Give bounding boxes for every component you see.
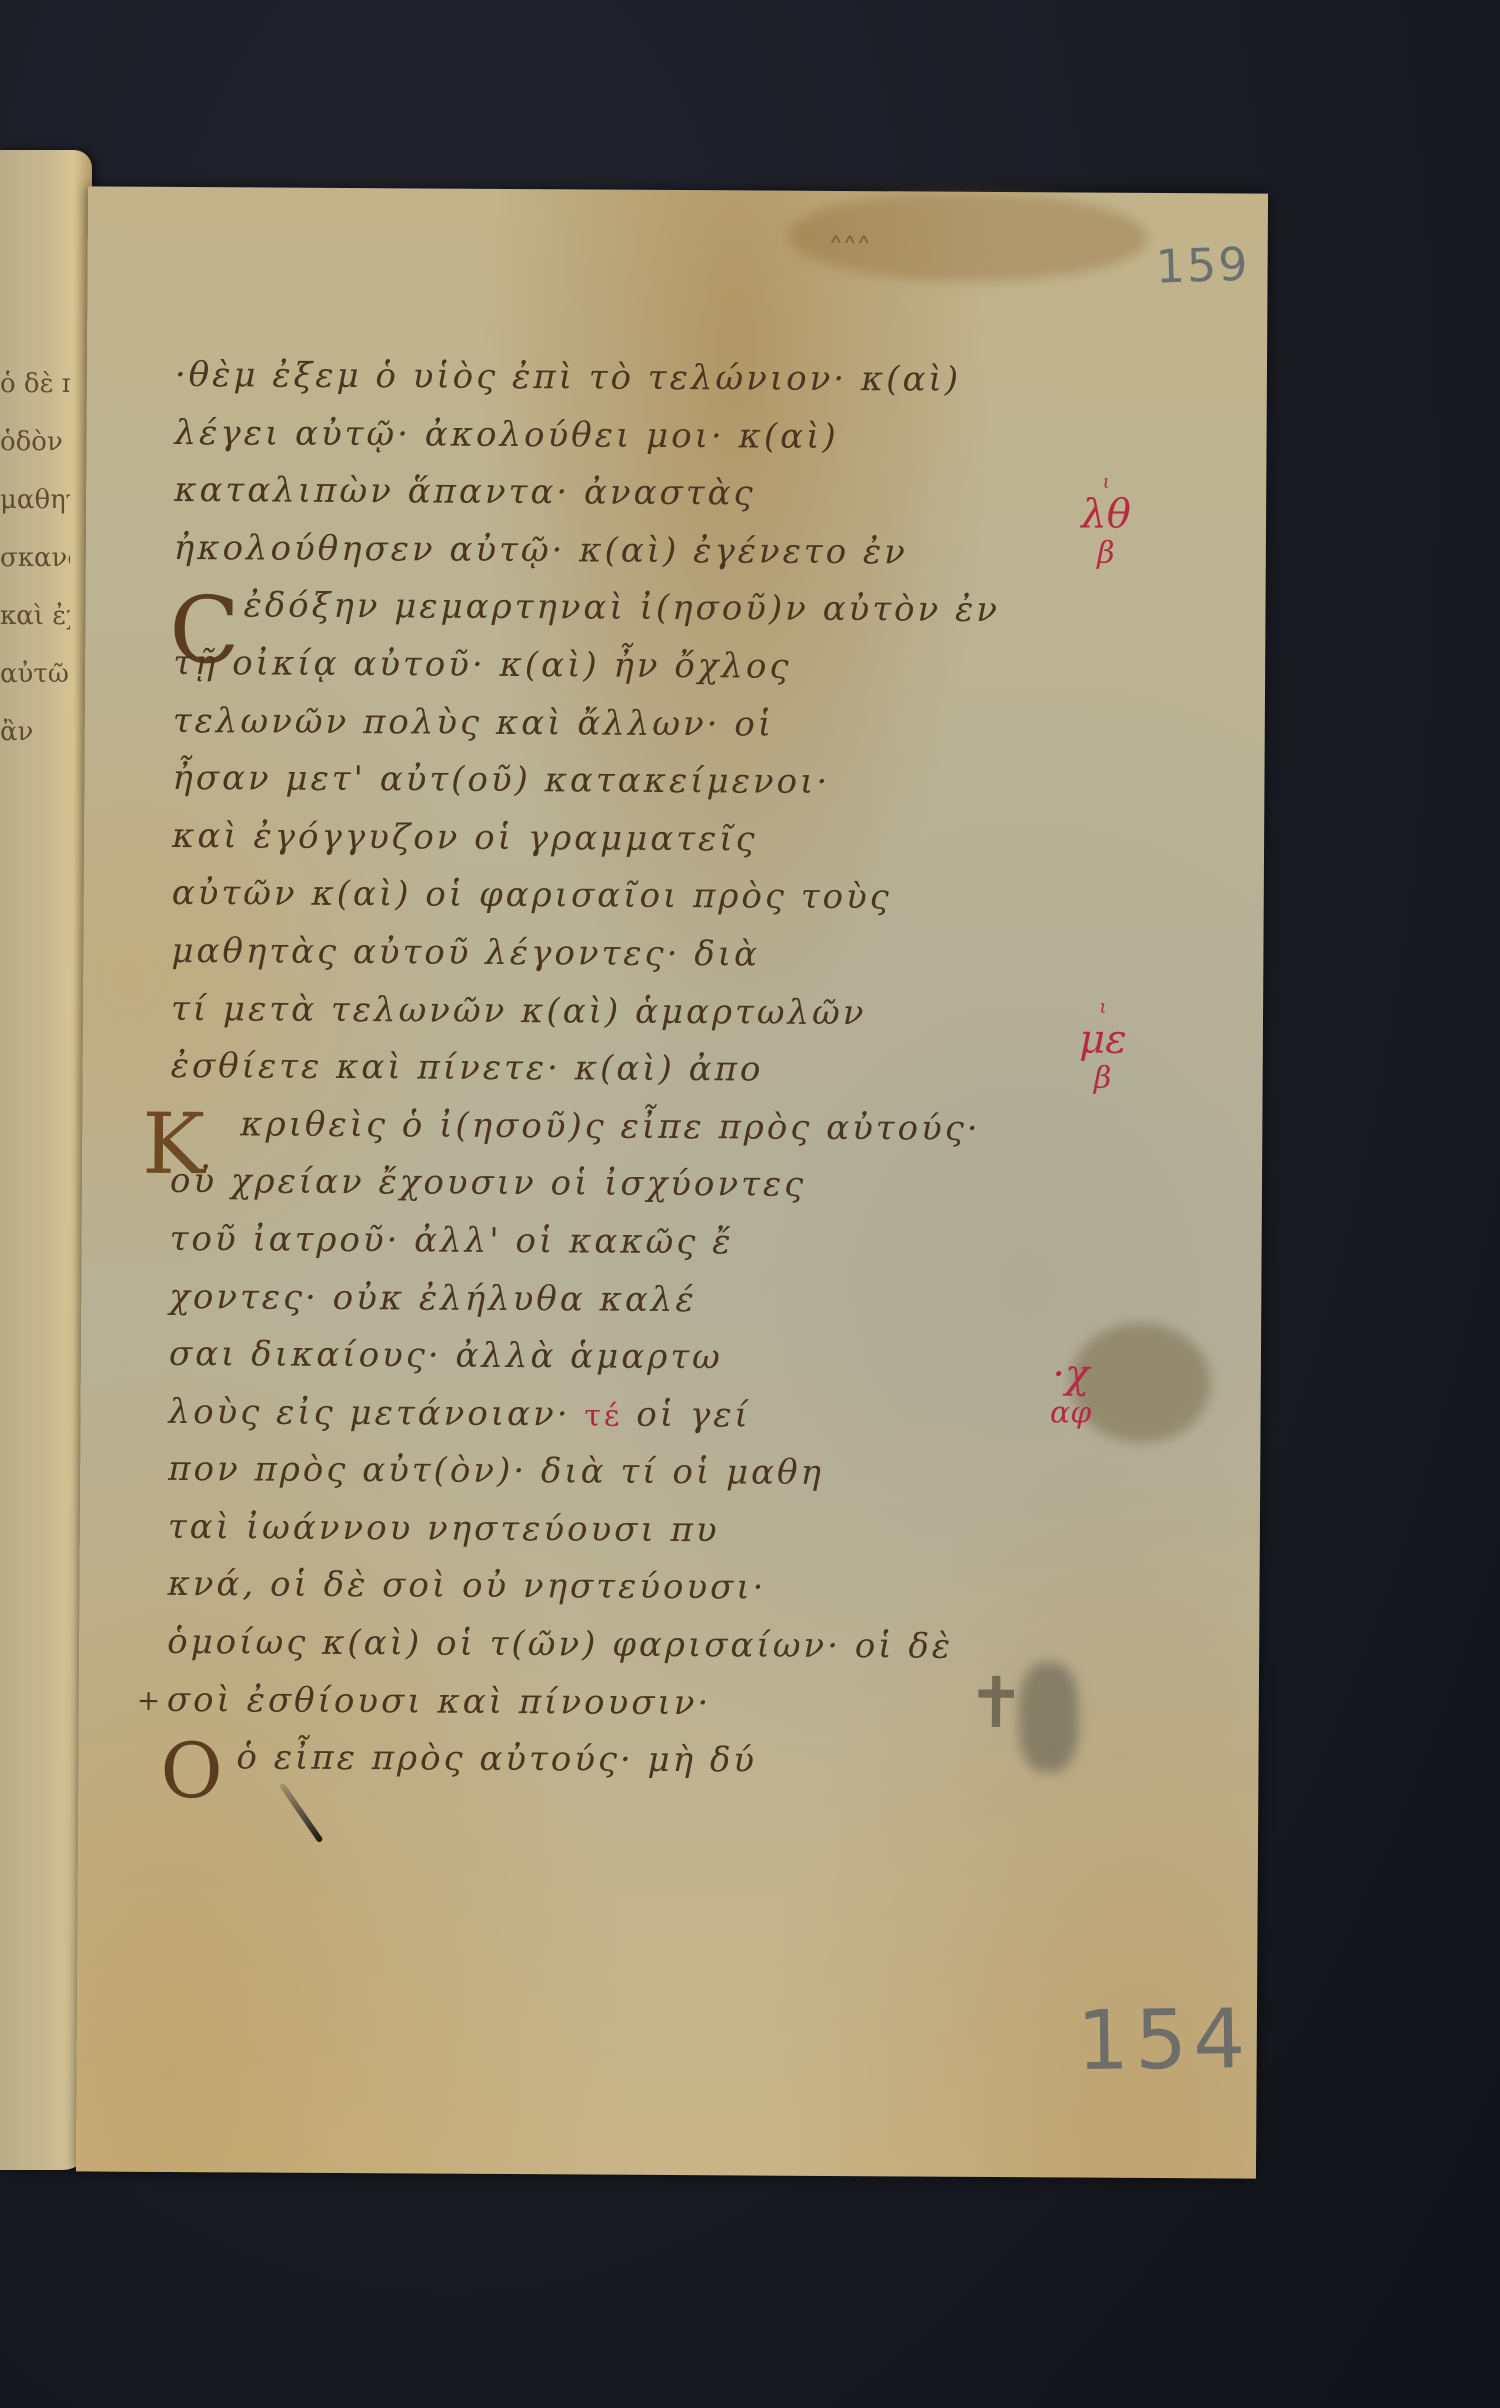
previous-page-line: ὁδὸν	[0, 413, 70, 471]
text-line: αὐτῶν κ(αὶ) οἱ φαρισαῖοι πρὸς τοὺς	[172, 865, 1072, 928]
text-line: ἦσαν μετ' αὐτ(οῦ) κατακείμενοι·	[172, 750, 1072, 813]
folio-number-top: 159	[1155, 237, 1250, 294]
marginal-rubric-note: ·χ αφ	[1025, 1352, 1115, 1431]
ink-pen-stroke	[279, 1782, 324, 1843]
text-line: C ἐδόξην μεμαρτηναὶ ἰ(ησοῦ)ν αὐτὸν ἐν	[173, 577, 1073, 640]
margin-cross-mark: +	[137, 1671, 164, 1729]
text-line: τί μετὰ τελωνῶν κ(αὶ) ἁμαρτωλῶν	[171, 980, 1071, 1043]
text-line: + σοὶ ἐσθίουσι καὶ πίνουσιν·	[167, 1672, 1067, 1735]
text-line: οὐ χρείαν ἔχουσιν οἱ ἰσχύοντες	[170, 1153, 1070, 1216]
text-line: σαι δικαίους· ἀλλὰ ἁμαρτω	[169, 1326, 1069, 1389]
previous-page-line: ὁ δὲ προ	[0, 355, 70, 413]
text-line: ·θὲμ ἐξεμ ὁ υἱὸς ἐπὶ τὸ τελώνιον· κ(αὶ)	[175, 347, 1075, 410]
text-line: ἐσθίετε καὶ πίνετε· κ(αὶ) ἀπο	[171, 1038, 1071, 1101]
text-line: O ὁ εἶπε πρὸς αὐτούς· μὴ δύ	[166, 1729, 1066, 1792]
faded-cross-icon: ✝	[967, 1662, 1026, 1744]
previous-page-line: σκανδ	[0, 529, 70, 587]
marginal-rubric-note: ι λθ β	[1061, 472, 1152, 571]
text-line: κνά, οἱ δὲ σοὶ οὐ νηστεύουσι·	[167, 1556, 1067, 1619]
text-line: K κριθεὶς ὁ ἰ(ησοῦ)ς εἶπε πρὸς αὐτούς·	[170, 1096, 1070, 1159]
previous-page-line: ἂν	[0, 703, 70, 761]
text-line: τελωνῶν πολὺς καὶ ἄλλων· οἱ	[173, 693, 1073, 756]
text-line: ἠκολούθησεν αὐτῷ· κ(αὶ) ἐγένετο ἐν	[174, 520, 1074, 583]
previous-page-line: αὐτῶν	[0, 645, 70, 703]
decorated-initial: O	[160, 1733, 226, 1809]
text-line: μαθητὰς αὐτοῦ λέγοντες· διὰ	[171, 923, 1071, 986]
text-line: λοὺς εἰς μετάνοιαν· τέ οἱ γεί	[168, 1384, 1068, 1447]
rubric-telos-mark: τέ	[584, 1398, 622, 1433]
text-line: καταλιπὼν ἅπαντα· ἀναστὰς	[174, 462, 1074, 525]
text-line: λέγει αὐτῷ· ἀκολούθει μοι· κ(αὶ)	[174, 405, 1074, 468]
text-line: τοῦ ἰατροῦ· ἀλλ' οἱ κακῶς ἔ	[169, 1211, 1069, 1274]
marginal-rubric-note: ι με β	[1058, 997, 1149, 1096]
manuscript-page: ˄˄˄ 159 154 ·θὲμ ἐξεμ ὁ υἱὸς ἐπὶ τὸ τελώ…	[76, 186, 1268, 2178]
text-line: ὁμοίως κ(αὶ) οἱ τ(ῶν) φαρισαίων· οἱ δὲ	[167, 1614, 1067, 1677]
text-column: ·θὲμ ἐξεμ ὁ υἱὸς ἐπὶ τὸ τελώνιον· κ(αὶ) …	[166, 347, 1075, 1792]
previous-page-text: ὁ δὲ προ ὁδὸν μαθηταὶ σκανδ καὶ ἐχλ αὐτῶ…	[0, 355, 70, 761]
text-line: χοντες· οὐκ ἐλήλυθα καλέ	[169, 1268, 1069, 1331]
text-line: τῇ οἰκίᾳ αὐτοῦ· κ(αὶ) ἦν ὄχλος	[173, 635, 1073, 698]
folio-number-bottom: 154	[1076, 1992, 1252, 2089]
text-line: καὶ ἐγόγγυζον οἱ γραμματεῖς	[172, 808, 1072, 871]
text-line: πον πρὸς αὐτ(ὸν)· διὰ τί οἱ μαθη	[168, 1441, 1068, 1504]
previous-page-line: μαθηταὶ	[0, 471, 70, 529]
previous-page-line: καὶ ἐχλ	[0, 587, 70, 645]
top-scratch-marks: ˄˄˄	[828, 231, 870, 269]
text-line: ταὶ ἰωάννου νηστεύουσι πυ	[168, 1499, 1068, 1562]
